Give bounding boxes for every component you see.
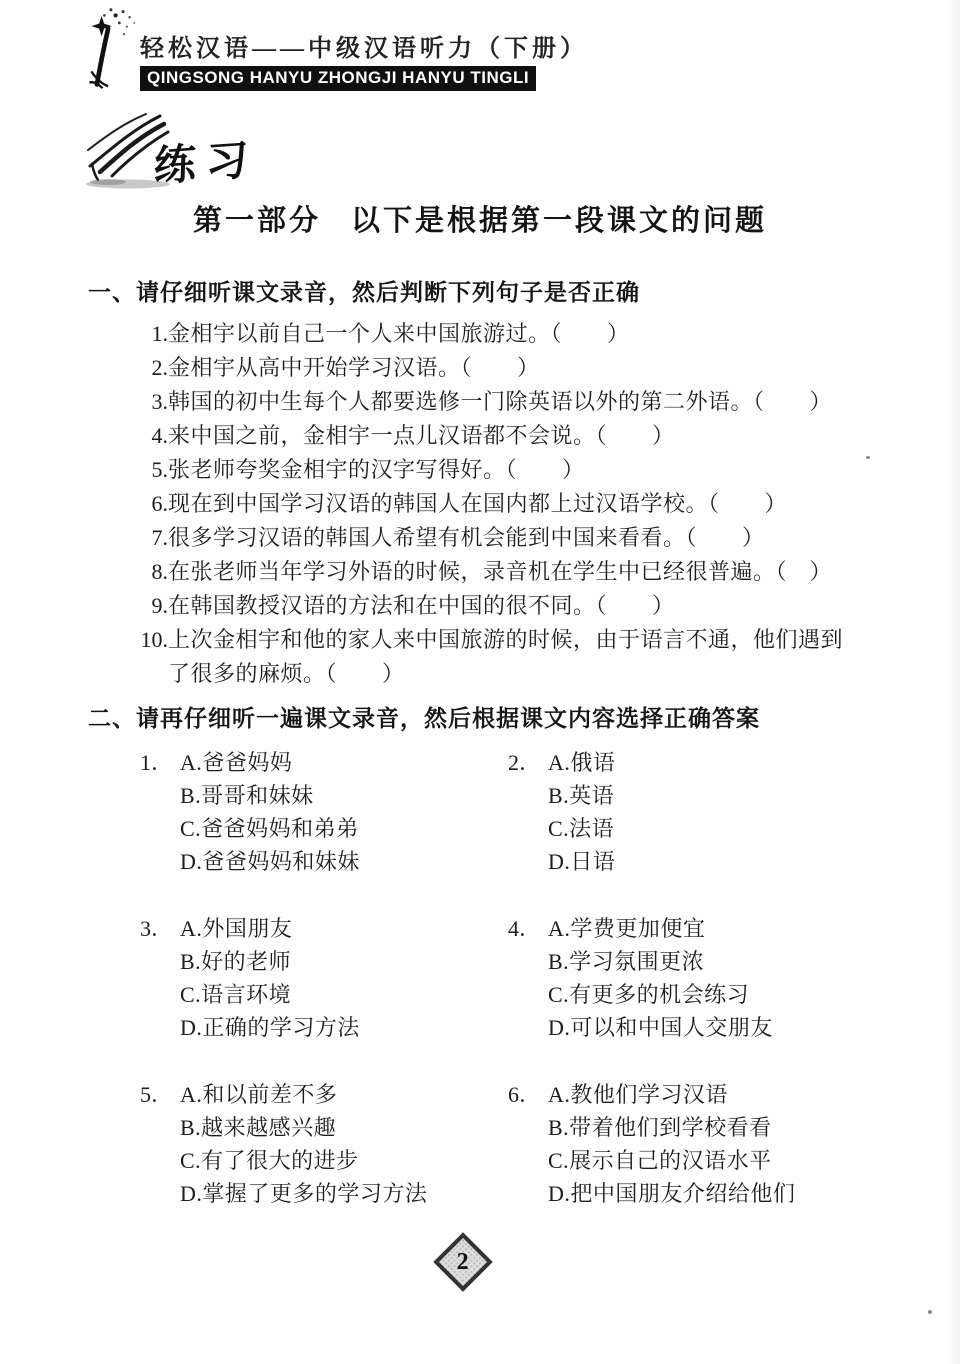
multiple-choice-grid: 1． A.爸爸妈妈 B.哥哥和妹妹 C.爸爸妈妈和弟弟 D.爸爸妈妈和妹妹 2．… bbox=[140, 746, 910, 1210]
list-item: 10. 上次金相宇和他的家人来中国旅游的时候，由于语言不通，他们遇到 了很多的麻… bbox=[88, 623, 870, 691]
option: C.有更多的机会练习 bbox=[548, 978, 773, 1011]
option: A.俄语 bbox=[548, 746, 615, 779]
item-text: 来中国之前，金相宇一点儿汉语都不会说。（ ） bbox=[168, 419, 675, 453]
item-text: 很多学习汉语的韩国人希望有机会能到中国来看看。（ ） bbox=[168, 521, 765, 555]
question-options: A.爸爸妈妈 B.哥哥和妹妹 C.爸爸妈妈和弟弟 D.爸爸妈妈和妹妹 bbox=[180, 746, 360, 878]
magic-wand-icon bbox=[82, 4, 138, 94]
option: D.把中国朋友介绍给他们 bbox=[548, 1177, 795, 1210]
option: C.展示自己的汉语水平 bbox=[548, 1144, 795, 1177]
question-number: 2． bbox=[508, 746, 548, 878]
question-options: A.和以前差不多 B.越来越感兴趣 C.有了很大的进步 D.掌握了更多的学习方法 bbox=[180, 1078, 427, 1210]
item-number: 10. bbox=[88, 623, 168, 691]
question-options: A.外国朋友 B.好的老师 C.语言环境 D.正确的学习方法 bbox=[180, 912, 360, 1044]
item-number: 4. bbox=[88, 419, 168, 453]
page-header: 轻松汉语——中级汉语听力（下册） QINGSONG HANYU ZHONGJI … bbox=[82, 4, 588, 94]
option: D.爸爸妈妈和妹妹 bbox=[180, 845, 360, 878]
part-heading: 第一部分以下是根据第一段课文的问题 bbox=[187, 198, 773, 239]
item-number: 8. bbox=[88, 555, 168, 589]
option: C.爸爸妈妈和弟弟 bbox=[180, 812, 360, 845]
item-text: 在张老师当年学习外语的时候，录音机在学生中已经很普遍。（ ） bbox=[168, 555, 832, 589]
scan-artifact bbox=[928, 1310, 932, 1314]
question-number: 5． bbox=[140, 1078, 180, 1210]
list-item: 7. 很多学习汉语的韩国人希望有机会能到中国来看看。（ ） bbox=[88, 521, 870, 555]
list-item: 2. 金相宇从高中开始学习汉语。（ ） bbox=[88, 351, 870, 385]
part-heading-wrap: 第一部分以下是根据第一段课文的问题 bbox=[0, 198, 960, 239]
list-item: 8. 在张老师当年学习外语的时候，录音机在学生中已经很普遍。（ ） bbox=[88, 555, 870, 589]
true-false-list: 1. 金相宇以前自己一个人来中国旅游过。（ ） 2. 金相宇从高中开始学习汉语。… bbox=[88, 317, 870, 691]
textbook-page: 轻松汉语——中级汉语听力（下册） QINGSONG HANYU ZHONGJI … bbox=[0, 0, 960, 1364]
option: D.日语 bbox=[548, 845, 615, 878]
item-number: 7. bbox=[88, 521, 168, 555]
option: B.哥哥和妹妹 bbox=[180, 779, 360, 812]
option: B.带着他们到学校看看 bbox=[548, 1111, 795, 1144]
exercise-logo: 练习 bbox=[82, 112, 272, 194]
question-number: 6． bbox=[508, 1078, 548, 1210]
item-number: 9. bbox=[88, 589, 168, 623]
question-5: 5． A.和以前差不多 B.越来越感兴趣 C.有了很大的进步 D.掌握了更多的学… bbox=[140, 1078, 508, 1210]
item-text: 金相宇从高中开始学习汉语。（ ） bbox=[168, 351, 540, 385]
item-number: 6. bbox=[88, 487, 168, 521]
header-text: 轻松汉语——中级汉语听力（下册） QINGSONG HANYU ZHONGJI … bbox=[140, 4, 588, 91]
question-options: A.学费更加便宜 B.学习氛围更浓 C.有更多的机会练习 D.可以和中国人交朋友 bbox=[548, 912, 773, 1044]
item-number: 5. bbox=[88, 453, 168, 487]
question-number: 4． bbox=[508, 912, 548, 1044]
option: A.外国朋友 bbox=[180, 912, 360, 945]
option: A.爸爸妈妈 bbox=[180, 746, 360, 779]
list-item: 1. 金相宇以前自己一个人来中国旅游过。（ ） bbox=[88, 317, 870, 351]
part-title: 以下是根据第一段课文的问题 bbox=[351, 205, 767, 237]
question-2: 2． A.俄语 B.英语 C.法语 D.日语 bbox=[508, 746, 900, 878]
option: C.有了很大的进步 bbox=[180, 1144, 427, 1177]
page-number-diamond: 2 bbox=[433, 1232, 492, 1291]
option: C.语言环境 bbox=[180, 978, 360, 1011]
item-number: 3. bbox=[88, 385, 168, 419]
question-options: A.教他们学习汉语 B.带着他们到学校看看 C.展示自己的汉语水平 D.把中国朋… bbox=[548, 1078, 795, 1210]
question-4: 4． A.学费更加便宜 B.学习氛围更浓 C.有更多的机会练习 D.可以和中国人… bbox=[508, 912, 900, 1044]
question-3: 3． A.外国朋友 B.好的老师 C.语言环境 D.正确的学习方法 bbox=[140, 912, 508, 1044]
item-text: 张老师夸奖金相宇的汉字写得好。（ ） bbox=[168, 453, 585, 487]
option: C.法语 bbox=[548, 812, 615, 845]
question-number: 3． bbox=[140, 912, 180, 1044]
item-text: 上次金相宇和他的家人来中国旅游的时候，由于语言不通，他们遇到 了很多的麻烦。（ … bbox=[168, 623, 843, 691]
option: B.好的老师 bbox=[180, 945, 360, 978]
page-number: 2 bbox=[457, 1249, 469, 1276]
section1-heading: 一、请仔细听课文录音，然后判断下列句子是否正确 bbox=[88, 274, 640, 307]
option: D.掌握了更多的学习方法 bbox=[180, 1177, 427, 1210]
list-item: 6. 现在到中国学习汉语的韩国人在国内都上过汉语学校。（ ） bbox=[88, 487, 870, 521]
book-title-pinyin-banner: QINGSONG HANYU ZHONGJI HANYU TINGLI bbox=[140, 66, 536, 91]
option: A.和以前差不多 bbox=[180, 1078, 427, 1111]
item-number: 1. bbox=[88, 317, 168, 351]
list-item: 4. 来中国之前，金相宇一点儿汉语都不会说。（ ） bbox=[88, 419, 870, 453]
option: D.可以和中国人交朋友 bbox=[548, 1011, 773, 1044]
book-title: 轻松汉语——中级汉语听力（下册） bbox=[140, 28, 588, 63]
question-6: 6． A.教他们学习汉语 B.带着他们到学校看看 C.展示自己的汉语水平 D.把… bbox=[508, 1078, 900, 1210]
part-label: 第一部分 bbox=[193, 205, 321, 237]
list-item: 3. 韩国的初中生每个人都要选修一门除英语以外的第二外语。（ ） bbox=[88, 385, 870, 419]
section2-heading: 二、请再仔细听一遍课文录音，然后根据课文内容选择正确答案 bbox=[88, 700, 760, 733]
list-item: 5. 张老师夸奖金相宇的汉字写得好。（ ） bbox=[88, 453, 870, 487]
list-item: 9. 在韩国教授汉语的方法和在中国的很不同。（ ） bbox=[88, 589, 870, 623]
scan-artifact bbox=[866, 456, 870, 459]
option: B.英语 bbox=[548, 779, 615, 812]
item-text: 金相宇以前自己一个人来中国旅游过。（ ） bbox=[168, 317, 630, 351]
question-1: 1． A.爸爸妈妈 B.哥哥和妹妹 C.爸爸妈妈和弟弟 D.爸爸妈妈和妹妹 bbox=[140, 746, 508, 878]
option: D.正确的学习方法 bbox=[180, 1011, 360, 1044]
question-number: 1． bbox=[140, 746, 180, 878]
item-text: 在韩国教授汉语的方法和在中国的很不同。（ ） bbox=[168, 589, 675, 623]
exercise-logo-text: 练习 bbox=[153, 126, 259, 194]
question-options: A.俄语 B.英语 C.法语 D.日语 bbox=[548, 746, 615, 878]
item-number: 2. bbox=[88, 351, 168, 385]
option: A.学费更加便宜 bbox=[548, 912, 773, 945]
item-text: 现在到中国学习汉语的韩国人在国内都上过汉语学校。（ ） bbox=[168, 487, 787, 521]
option: B.学习氛围更浓 bbox=[548, 945, 773, 978]
option: A.教他们学习汉语 bbox=[548, 1078, 795, 1111]
option: B.越来越感兴趣 bbox=[180, 1111, 427, 1144]
item-text: 韩国的初中生每个人都要选修一门除英语以外的第二外语。（ ） bbox=[168, 385, 832, 419]
